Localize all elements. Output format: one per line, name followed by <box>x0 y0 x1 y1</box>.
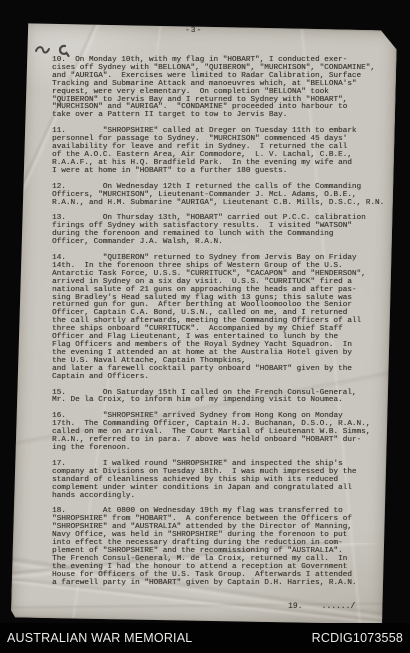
scanned-document: -3- 10. On Monday 10th, with my flag in … <box>0 0 410 653</box>
footer-bar: AUSTRALIAN WAR MEMORIAL RCDIG1073558 <box>0 623 410 653</box>
archive-id: RCDIG1073558 <box>312 631 403 645</box>
typed-paragraph: 16. "SHROPSHIRE" arrived Sydney from Hon… <box>52 413 392 453</box>
typed-paragraph: 14. "QUIBERON" returned to Sydney from J… <box>52 255 392 382</box>
typed-paragraph: 15. On Saturday 15th I called on the Fre… <box>52 390 392 406</box>
document-body: 10. On Monday 10th, with my flag in "HOB… <box>52 57 392 595</box>
typed-paragraph: 17. I walked round "SHROPSHIRE" and insp… <box>52 461 392 501</box>
page-number: -3- <box>185 26 202 35</box>
typed-paragraph: 13. On Thursday 13th, "HOBART" carried o… <box>52 215 392 247</box>
archive-name: AUSTRALIAN WAR MEMORIAL <box>7 631 192 645</box>
typed-paragraph: 10. On Monday 10th, with my flag in "HOB… <box>52 57 392 120</box>
continuation-marker: 19. ....../ <box>288 602 355 611</box>
typed-paragraph: 11. "SHROPSHIRE" called at Dreger on Tue… <box>52 128 392 175</box>
typed-paragraph: 18. At 0800 on Wednesday 19th my flag wa… <box>52 508 392 587</box>
typed-paragraph: 12. On Wednesday 12th I returned the cal… <box>52 184 392 208</box>
